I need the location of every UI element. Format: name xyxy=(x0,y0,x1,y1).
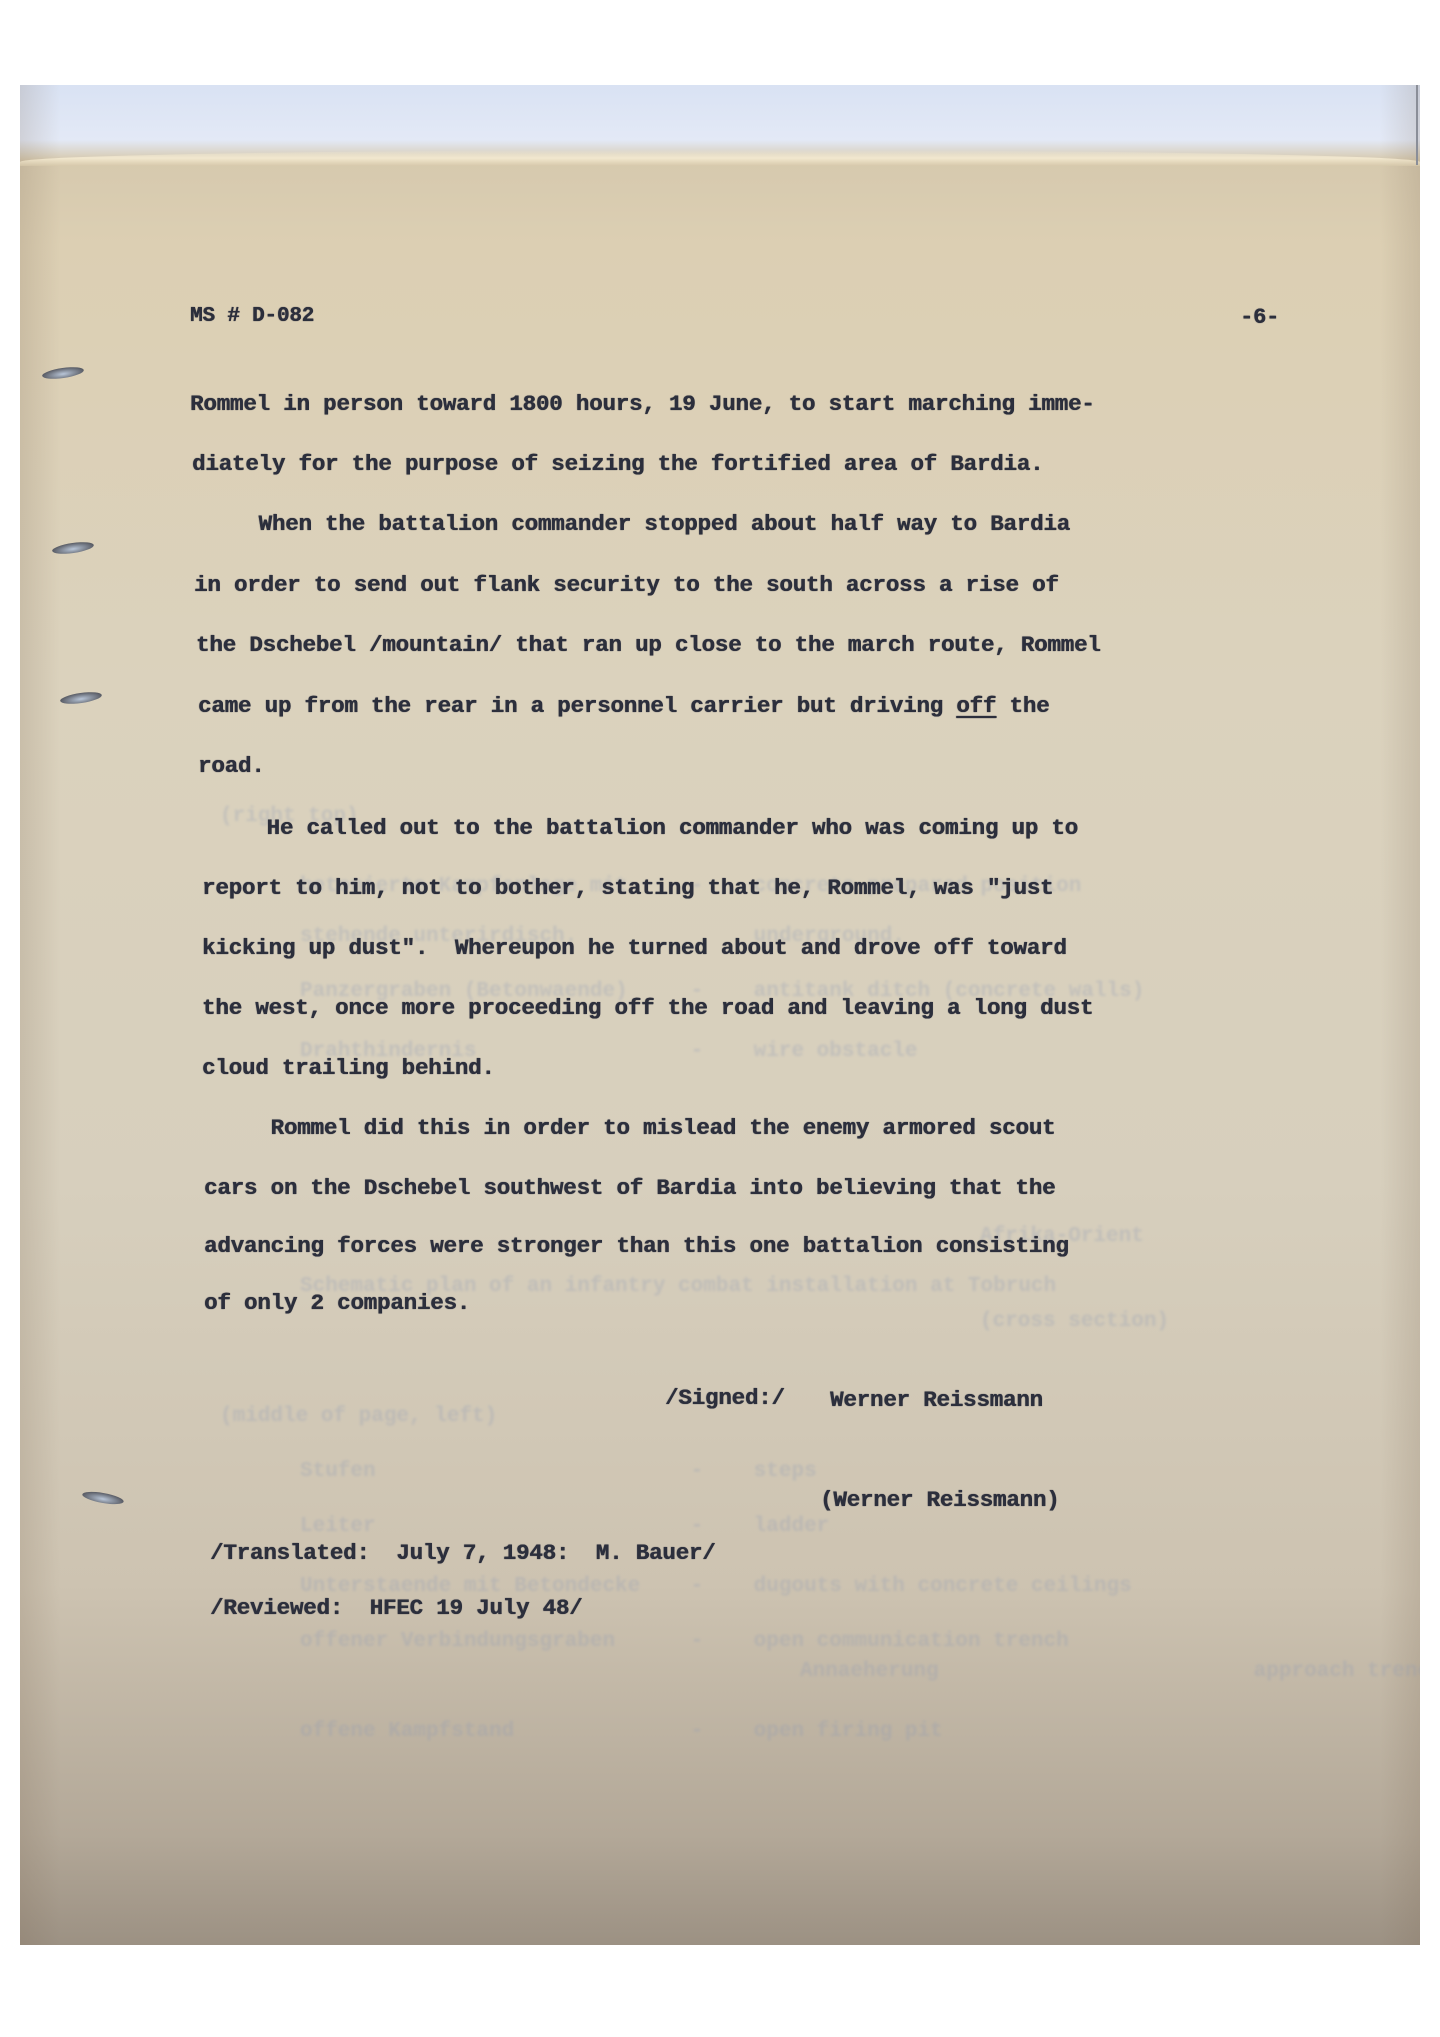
document-photo: (right top) betonierte Kampfanlage mit -… xyxy=(20,85,1420,1945)
body-line: kicking up dust". Whereupon he turned ab… xyxy=(202,935,1067,961)
punch-hole-icon xyxy=(52,540,95,556)
bleed-through-text: Stufen - steps xyxy=(300,1460,817,1483)
body-line: advancing forces were stronger than this… xyxy=(204,1233,1069,1259)
translated-note: /Translated: July 7, 1948: M. Bauer/ xyxy=(210,1540,715,1566)
body-line: in order to send out flank security to t… xyxy=(194,572,1059,598)
typed-name: (Werner Reissmann) xyxy=(820,1487,1059,1513)
signed-name: Werner Reissmann xyxy=(830,1387,1043,1413)
bleed-through-text: (cross section) xyxy=(980,1310,1169,1333)
body-line: the Dschebel /mountain/ that ran up clos… xyxy=(196,632,1101,658)
body-line: cloud trailing behind. xyxy=(202,1055,495,1081)
punch-hole-icon xyxy=(42,365,85,381)
bleed-through-text: Annaeherung approach trench xyxy=(800,1660,1420,1683)
bleed-through-text: (middle of page, left) xyxy=(220,1405,497,1428)
page-divider xyxy=(1416,85,1418,165)
body-line: road. xyxy=(198,753,265,779)
body-line: When the battalion commander stopped abo… xyxy=(192,511,1070,537)
bleed-through-text: Leiter - ladder xyxy=(300,1515,829,1538)
body-line: report to him, not to bother, stating th… xyxy=(202,875,1053,901)
underlined-word: off xyxy=(956,693,996,719)
line-text: came up from the rear in a personnel car… xyxy=(198,693,1049,719)
body-line: cars on the Dschebel southwest of Bardia… xyxy=(204,1175,1055,1201)
bleed-through-text: offene Kampfstand - open firing pit xyxy=(300,1720,943,1743)
bleed-through-text: offener Verbindungsgraben - open communi… xyxy=(300,1630,1069,1653)
page-number: -6- xyxy=(1240,305,1279,330)
body-line: of only 2 companies. xyxy=(204,1290,470,1316)
body-line: Rommel in person toward 1800 hours, 19 J… xyxy=(190,391,1095,417)
body-line: He called out to the battalion commander… xyxy=(200,815,1078,841)
body-line: the west, once more proceeding off the r… xyxy=(202,995,1093,1021)
punch-hole-icon xyxy=(60,690,103,706)
body-line: diately for the purpose of seizing the f… xyxy=(192,451,1043,477)
punch-hole-icon xyxy=(81,1489,124,1506)
body-line: Rommel did this in order to mislead the … xyxy=(204,1115,1055,1141)
body-line-with-underline: came up from the rear in a personnel car… xyxy=(198,693,1049,719)
reviewed-note: /Reviewed: HFEC 19 July 48/ xyxy=(210,1595,582,1621)
signed-label: /Signed:/ xyxy=(665,1385,785,1411)
paper-top-edge xyxy=(20,150,1420,166)
manuscript-number: MS # D-082 xyxy=(190,305,314,328)
